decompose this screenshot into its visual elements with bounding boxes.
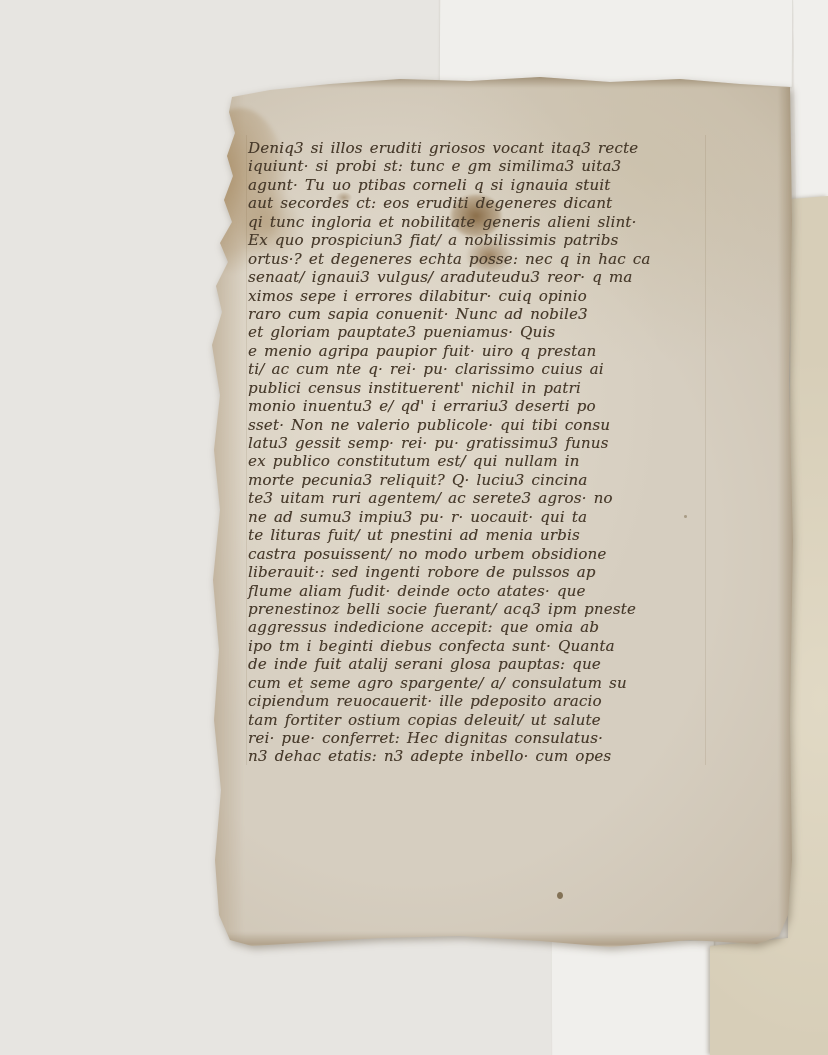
text-line: sset· Non ne valerio publicole· qui tibi…: [248, 416, 718, 434]
text-line: senaat/ ignaui3 vulgus/ araduteudu3 reor…: [248, 268, 718, 286]
text-line: ortus·? et degeneres echta posse: nec q …: [248, 250, 718, 268]
ruling-line-left: [246, 135, 247, 765]
text-line: ipo tm i beginti diebus confecta sunt· Q…: [248, 637, 718, 655]
parchment-surface: Deniq3 si illos eruditi griosos vocant i…: [0, 0, 828, 1055]
text-line: publici census instituerent' nichil in p…: [248, 379, 718, 397]
text-line: ti/ ac cum nte q· rei· pu· clarissimo cu…: [248, 360, 718, 378]
text-line: cum et seme agro spargente/ a/ consulatu…: [248, 674, 718, 692]
parchment-bottom-edge-shadow: [220, 932, 790, 946]
text-line: morte pecunia3 reliquit? Q· luciu3 cinci…: [248, 471, 718, 489]
text-line: n3 dehac etatis: n3 adepte inbello· cum …: [248, 747, 718, 765]
text-line: ximos sepe i errores dilabitur· cuiq opi…: [248, 287, 718, 305]
text-line: prenestinoz belli socie fuerant/ acq3 ip…: [248, 600, 718, 618]
text-block: Deniq3 si illos eruditi griosos vocant i…: [248, 139, 718, 766]
text-line: ex publico constitutum est/ qui nullam i…: [248, 452, 718, 470]
text-line: tam fortiter ostium copias deleuit/ ut s…: [248, 711, 718, 729]
text-line: qi tunc ingloria et nobilitate generis a…: [248, 213, 718, 231]
photograph-backdrop: Deniq3 si illos eruditi griosos vocant i…: [0, 0, 828, 1055]
text-line: e menio agripa paupior fuit· uiro q pres…: [248, 342, 718, 360]
text-line: rei· pue· conferret: Hec dignitas consul…: [248, 729, 718, 747]
text-line: monio inuentu3 e/ qd' i errariu3 deserti…: [248, 397, 718, 415]
text-line: Ex quo prospiciun3 fiat/ a nobilissimis …: [248, 231, 718, 249]
text-line: Deniq3 si illos eruditi griosos vocant i…: [248, 139, 718, 157]
text-line: iquiunt· si probi st: tunc e gm similima…: [248, 157, 718, 175]
text-line: cipiendum reuocauerit· ille pdeposito ar…: [248, 692, 718, 710]
manuscript-folio: Deniq3 si illos eruditi griosos vocant i…: [0, 0, 828, 1055]
text-line: liberauit·: sed ingenti robore de pulsso…: [248, 563, 718, 581]
text-line: agunt· Tu uo ptibas corneli q si ignauia…: [248, 176, 718, 194]
speck: [557, 892, 563, 899]
parchment-top-edge-shadow: [212, 74, 792, 88]
text-line: latu3 gessit semp· rei· pu· gratissimu3 …: [248, 434, 718, 452]
text-line: et gloriam pauptate3 pueniamus· Quis: [248, 323, 718, 341]
text-line: aggressus indedicione accepit: que omia …: [248, 618, 718, 636]
text-line: de inde fuit atalij serani glosa pauptas…: [248, 655, 718, 673]
text-line: te3 uitam ruri agentem/ ac serete3 agros…: [248, 489, 718, 507]
text-line: ne ad sumu3 impiu3 pu· r· uocauit· qui t…: [248, 508, 718, 526]
text-line: aut secordes ct: eos eruditi degeneres d…: [248, 194, 718, 212]
text-line: castra posuissent/ no modo urbem obsidio…: [248, 545, 718, 563]
parchment-right-edge-shadow: [778, 87, 794, 937]
text-line: raro cum sapia conuenit· Nunc ad nobile3: [248, 305, 718, 323]
parchment-left-edge-shadow: [210, 90, 244, 946]
speck: [611, 996, 615, 1000]
text-line: flume aliam fudit· deinde octo atates· q…: [248, 582, 718, 600]
text-line: te lituras fuit/ ut pnestini ad menia ur…: [248, 526, 718, 544]
